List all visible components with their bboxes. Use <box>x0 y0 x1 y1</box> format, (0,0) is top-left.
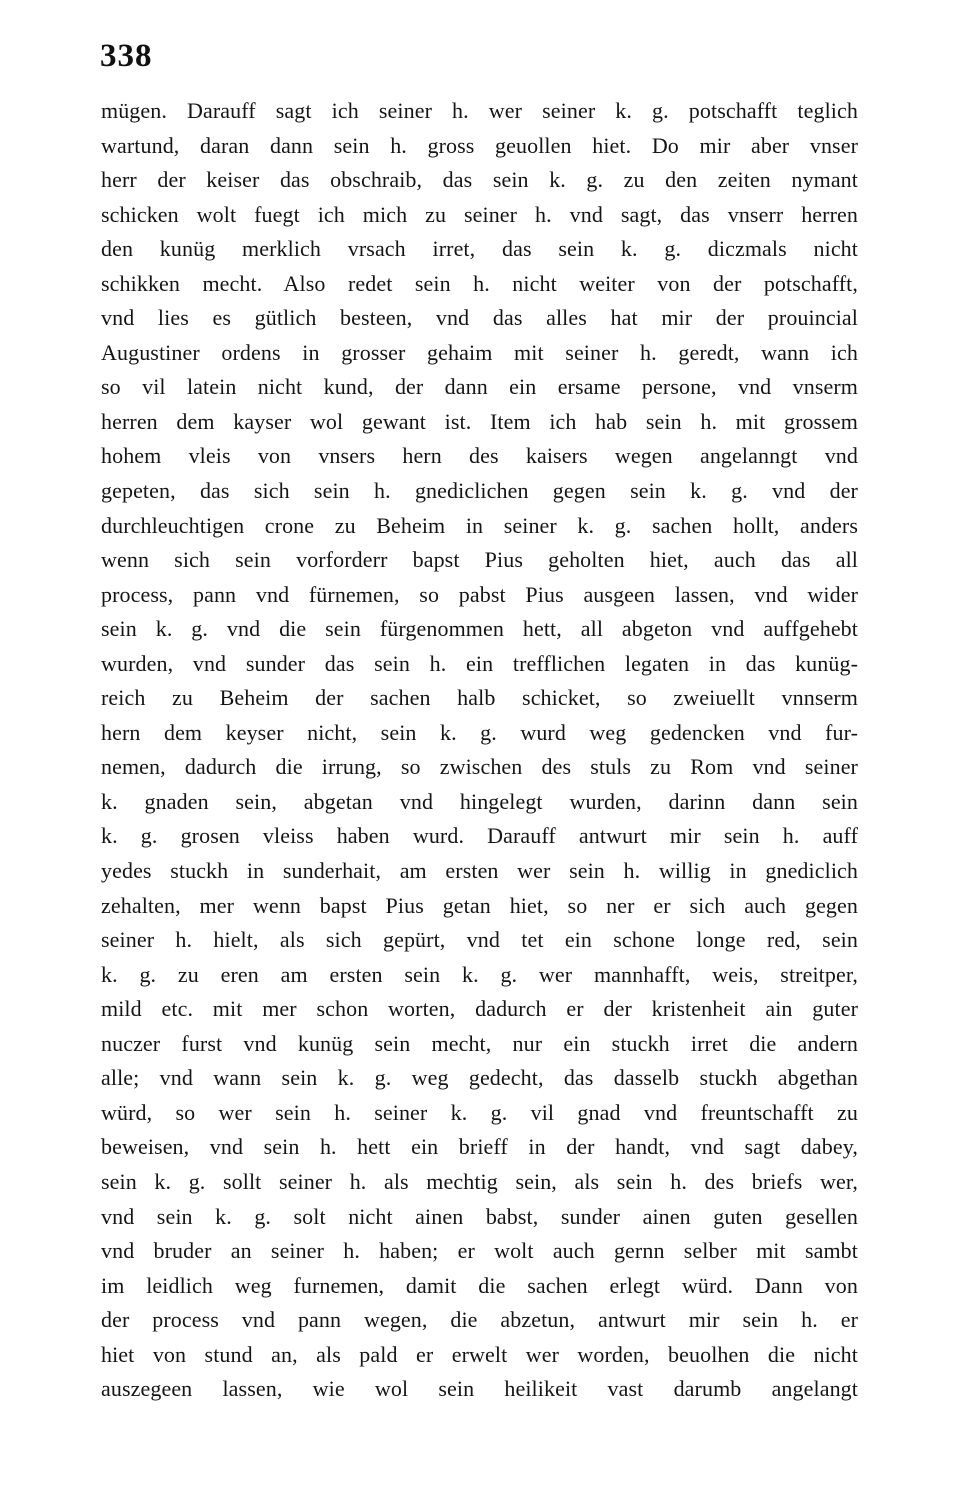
text-line: hiet von stund an, als pald er erwelt we… <box>101 1338 858 1373</box>
text-line: hohem vleis von vnsers hern des kaisers … <box>101 439 858 474</box>
text-line: k. g. zu eren am ersten sein k. g. wer m… <box>101 958 858 993</box>
text-line: yedes stuckh in sunderhait, am ersten we… <box>101 854 858 889</box>
text-line: nuczer furst vnd kunüg sein mecht, nur e… <box>101 1027 858 1062</box>
text-line: wartund, daran dann sein h. gross geuoll… <box>101 129 858 164</box>
text-line: durchleuchtigen crone zu Beheim in seine… <box>101 509 858 544</box>
text-line: im leidlich weg furnemen, damit die sach… <box>101 1269 858 1304</box>
text-line: wurden, vnd sunder das sein h. ein treff… <box>101 647 858 682</box>
text-line: k. gnaden sein, abgetan vnd hingelegt wu… <box>101 785 858 820</box>
text-line: so vil latein nicht kund, der dann ein e… <box>101 370 858 405</box>
text-line: vnd lies es gütlich besteen, vnd das all… <box>101 301 858 336</box>
text-line: schikken mecht. Also redet sein h. nicht… <box>101 267 858 302</box>
text-line: seiner h. hielt, als sich gepürt, vnd te… <box>101 923 858 958</box>
text-line: hern dem keyser nicht, sein k. g. wurd w… <box>101 716 858 751</box>
text-line: mügen. Darauff sagt ich seiner h. wer se… <box>101 94 858 129</box>
text-line: wenn sich sein vorforderr bapst Pius geh… <box>101 543 858 578</box>
text-line: Augustiner ordens in grosser gehaim mit … <box>101 336 858 371</box>
text-line: process, pann vnd fürnemen, so pabst Piu… <box>101 578 858 613</box>
text-line: sein k. g. vnd die sein fürgenommen hett… <box>101 612 858 647</box>
text-line: herren dem kayser wol gewant ist. Item i… <box>101 405 858 440</box>
text-line: der process vnd pann wegen, die abzetun,… <box>101 1303 858 1338</box>
text-line: reich zu Beheim der sachen halb schicket… <box>101 681 858 716</box>
text-line: beweisen, vnd sein h. hett ein brieff in… <box>101 1130 858 1165</box>
text-line: schicken wolt fuegt ich mich zu seiner h… <box>101 198 858 233</box>
text-line: würd, so wer sein h. seiner k. g. vil gn… <box>101 1096 858 1131</box>
book-page: 338 mügen. Darauff sagt ich seiner h. we… <box>0 0 960 1485</box>
page-number: 338 <box>100 38 153 75</box>
text-line: zehalten, mer wenn bapst Pius getan hiet… <box>101 889 858 924</box>
text-line: sein k. g. sollt seiner h. als mechtig s… <box>101 1165 858 1200</box>
text-line: alle; vnd wann sein k. g. weg gedecht, d… <box>101 1061 858 1096</box>
text-line: mild etc. mit mer schon worten, dadurch … <box>101 992 858 1027</box>
text-line: auszegeen lassen, wie wol sein heilikeit… <box>101 1372 858 1407</box>
text-line: nemen, dadurch die irrung, so zwischen d… <box>101 750 858 785</box>
text-block: mügen. Darauff sagt ich seiner h. wer se… <box>101 94 858 1407</box>
text-line: vnd bruder an seiner h. haben; er wolt a… <box>101 1234 858 1269</box>
text-line: k. g. grosen vleiss haben wurd. Darauff … <box>101 819 858 854</box>
text-line: vnd sein k. g. solt nicht ainen babst, s… <box>101 1200 858 1235</box>
text-line: den kunüg merklich vrsach irret, das sei… <box>101 232 858 267</box>
text-line: herr der keiser das obschraib, das sein … <box>101 163 858 198</box>
text-line: gepeten, das sich sein h. gnediclichen g… <box>101 474 858 509</box>
